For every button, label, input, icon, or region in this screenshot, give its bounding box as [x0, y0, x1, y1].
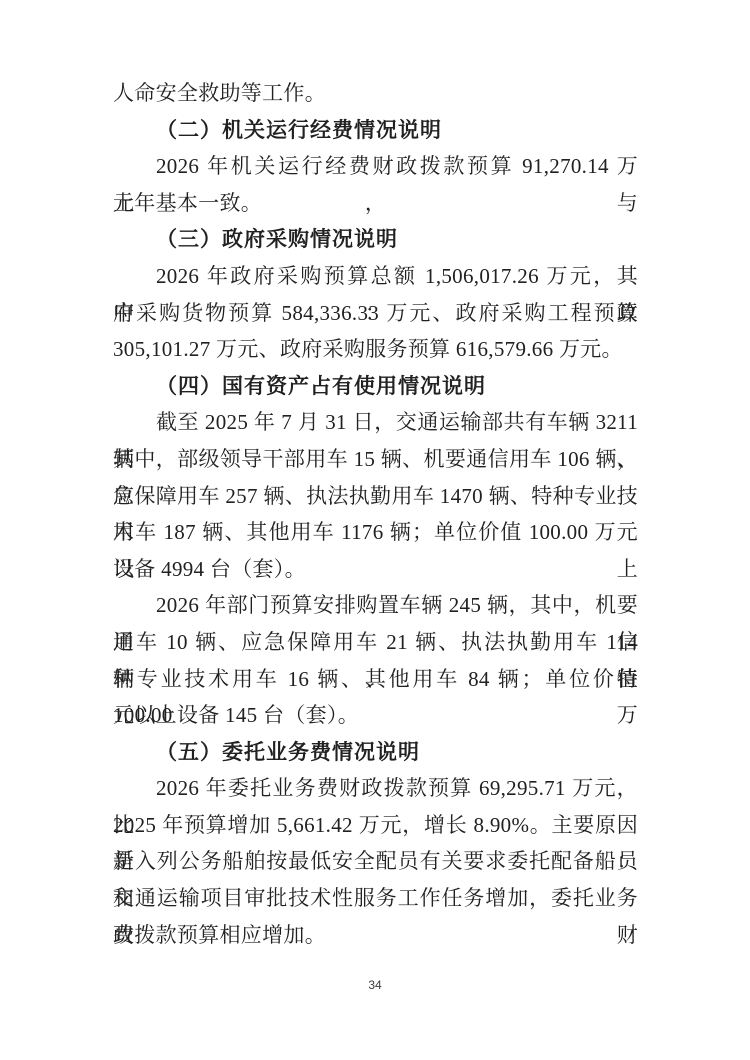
text-line: 2026 年委托业务费财政拨款预算 69,295.71 万元，比 [113, 770, 638, 807]
text-line: 2026 年机关运行经费财政拨款预算 91,270.14 万元，与 [113, 148, 638, 185]
text-line: 305,101.27 万元、政府采购服务预算 616,579.66 万元。 [113, 331, 638, 368]
text-line: 府采购货物预算 584,336.33 万元、政府采购工程预算 [113, 295, 638, 332]
text-line: 交通运输项目审批技术性服务工作任务增加，委托业务费财 [113, 880, 638, 917]
text-line: 2026 年政府采购预算总额 1,506,017.26 万元，其中：政 [113, 258, 638, 295]
text-line: 2026 年部门预算安排购置车辆 245 辆，其中，机要通信 [113, 587, 638, 624]
document-page: 人命安全救助等工作。（二）机关运行经费情况说明2026 年机关运行经费财政拨款预… [0, 0, 750, 1060]
text-line: 2025 年预算增加 5,661.42 万元，增长 8.90%。主要原因是： [113, 807, 638, 844]
text-line: 人命安全救助等工作。 [113, 75, 638, 112]
section-heading: （三）政府采购情况说明 [113, 221, 638, 258]
section-heading: （五）委托业务费情况说明 [113, 734, 638, 771]
document-body: 人命安全救助等工作。（二）机关运行经费情况说明2026 年机关运行经费财政拨款预… [113, 75, 638, 953]
text-line: 用车 10 辆、应急保障用车 21 辆、执法执勤用车 114 辆、特 [113, 624, 638, 661]
text-line: 新入列公务船舶按最低安全配员有关要求委托配备船员和 [113, 843, 638, 880]
section-heading: （四）国有资产占有使用情况说明 [113, 368, 638, 405]
text-line: 种专业技术用车 16 辆、其他用车 84 辆；单位价值 100.00 万 [113, 661, 638, 698]
text-line: 用车 187 辆、其他用车 1176 辆；单位价值 100.00 万元以上 [113, 514, 638, 551]
text-line: 截至 2025 年 7 月 31 日，交通运输部共有车辆 3211 辆， [113, 404, 638, 441]
page-number: 34 [0, 978, 750, 992]
text-line: 急保障用车 257 辆、执法执勤用车 1470 辆、特种专业技术 [113, 478, 638, 515]
text-line: 其中，部级领导干部用车 15 辆、机要通信用车 106 辆、应 [113, 441, 638, 478]
section-heading: （二）机关运行经费情况说明 [113, 112, 638, 149]
